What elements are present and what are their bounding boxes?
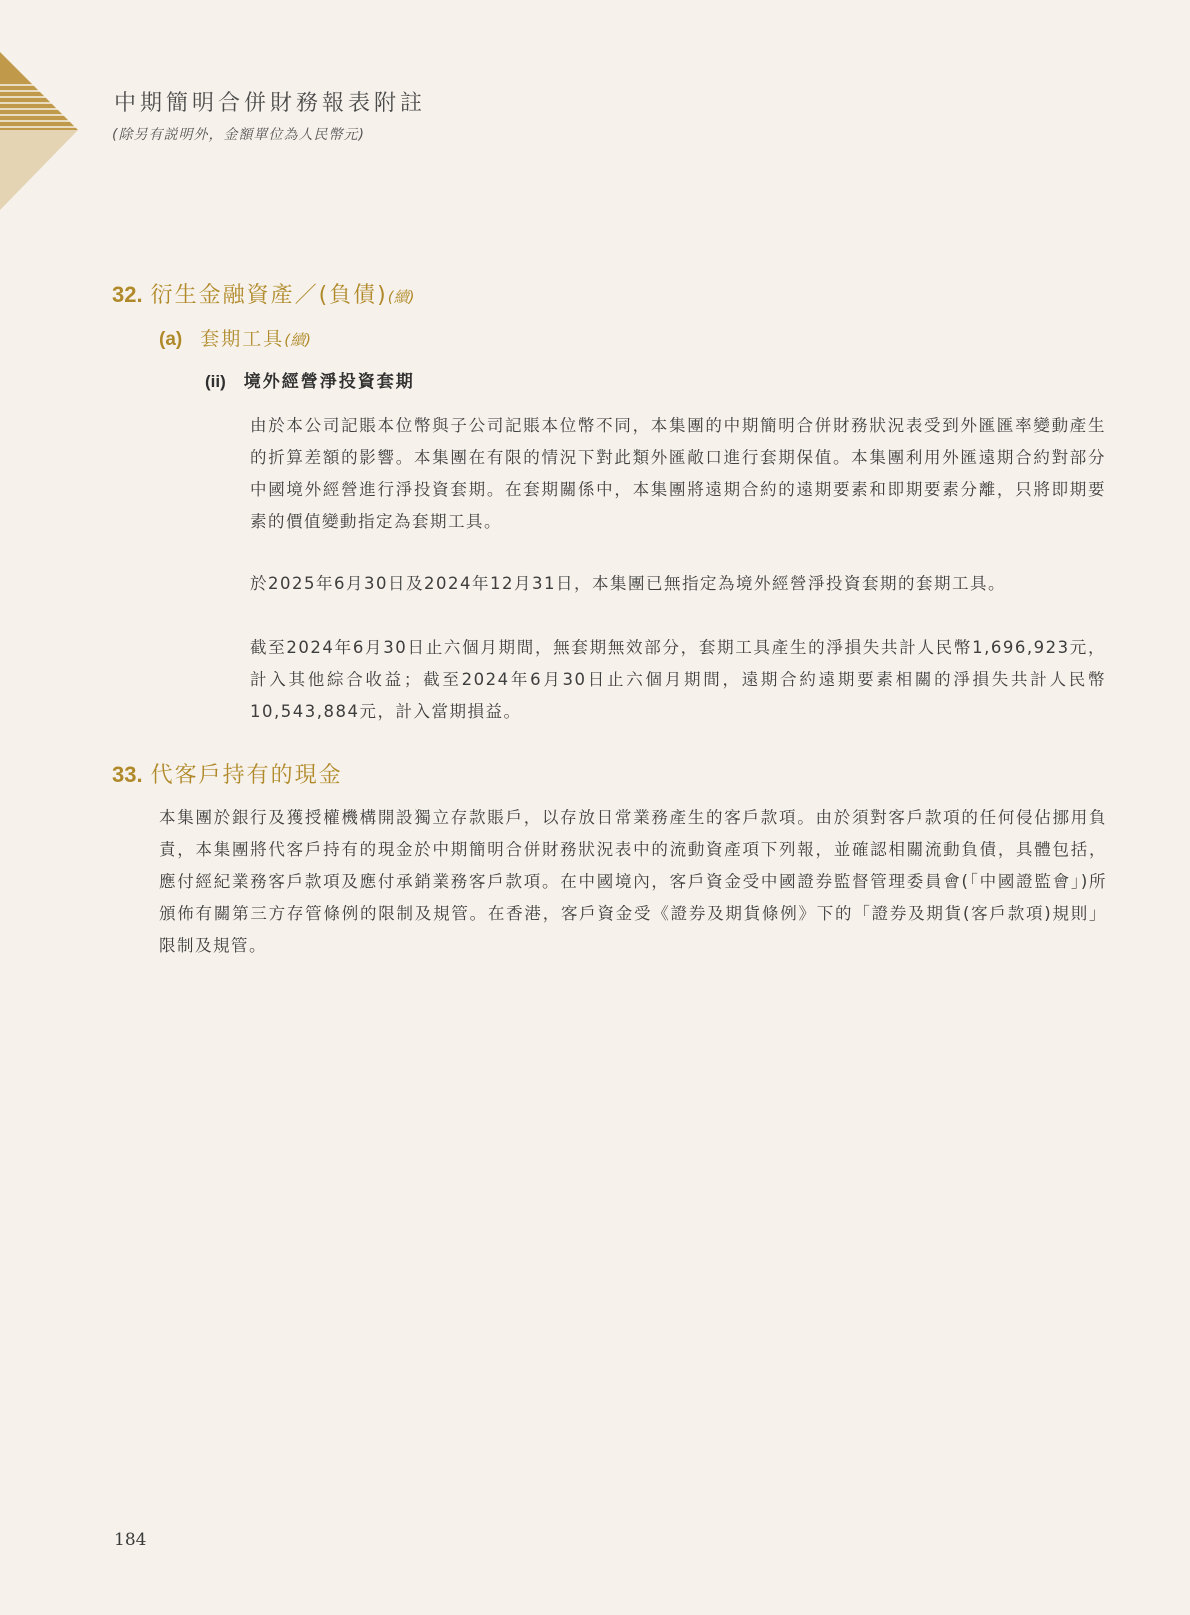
page-header-title: 中期簡明合併財務報表附註 [114,86,426,117]
continued-label: (續) [388,288,415,306]
continued-label: (續) [284,331,311,349]
paragraph-hedge-description: 由於本公司記賬本位幣與子公司記賬本位幣不同，本集團的中期簡明合併財務狀況表受到外… [250,410,1106,538]
corner-decoration-icon [0,52,80,212]
paragraph-client-cash: 本集團於銀行及獲授權機構開設獨立存款賬戶，以存放日常業務產生的客戶款項。由於須對… [159,802,1107,962]
section-title: 代客戶持有的現金 [151,763,343,788]
section-title: 衍生金融資產／(負債) [151,283,388,308]
paragraph-no-hedging-instruments: 於2025年6月30日及2024年12月31日，本集團已無指定為境外經營淨投資套… [250,568,1106,600]
section-title: 套期工具 [200,328,284,350]
paragraph-net-loss: 截至2024年6月30日止六個月期間，無套期無效部分，套期工具產生的淨損失共計人… [250,632,1106,728]
section-32-heading: 32.衍生金融資產／(負債)(續) [112,278,414,309]
page-number: 184 [114,1530,146,1550]
section-32a-ii-heading: (ii)境外經營淨投資套期 [205,367,415,392]
section-32a-heading: (a)套期工具(續) [159,324,311,351]
section-title: 境外經營淨投資套期 [244,372,415,392]
section-number: 33. [112,762,143,787]
section-33-heading: 33.代客戶持有的現金 [112,758,343,789]
page-header-subtitle: (除另有説明外，金額單位為人民幣元) [112,124,365,144]
section-number: 32. [112,282,143,307]
section-number: (ii) [205,372,226,391]
section-number: (a) [159,329,182,350]
